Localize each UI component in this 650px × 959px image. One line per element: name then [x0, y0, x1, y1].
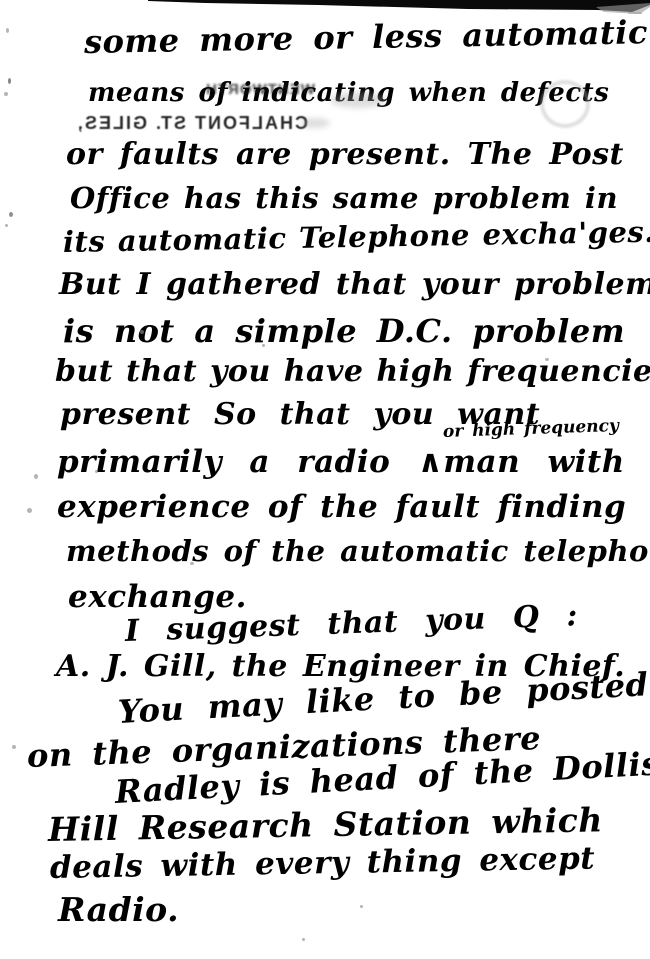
stamp-smear	[300, 118, 330, 128]
ink-speck	[190, 562, 194, 565]
handwritten-line: or faults are present. The Post	[66, 140, 624, 170]
handwritten-line: some more or less automatic	[84, 16, 648, 58]
ink-speck	[34, 474, 38, 479]
handwritten-line: primarily a radio ∧man with	[57, 447, 625, 478]
handwritten-line: Hill Research Station which	[48, 803, 603, 846]
inserted-text: or high frequency	[443, 418, 619, 441]
ink-speck	[27, 508, 32, 513]
ink-speck	[302, 938, 305, 941]
handwritten-line: its automatic Telephone excha'ges.	[63, 218, 650, 257]
ink-speck	[4, 92, 8, 96]
ink-speck	[262, 344, 265, 347]
stamp-smear	[330, 92, 386, 108]
ink-speck	[9, 212, 13, 217]
handwritten-line: but that you have high frequencies	[55, 357, 650, 387]
handwritten-line: is not a simple D.C. problem	[63, 315, 625, 347]
ink-speck	[8, 78, 11, 84]
stamp-address-line-mirrored: CHALFONT ST. GILES,	[76, 114, 308, 132]
ink-speck	[545, 358, 549, 361]
ink-speck	[6, 28, 9, 33]
ink-speck	[140, 330, 144, 334]
handwritten-line: Office has this same problem in	[70, 184, 618, 213]
handwritten-line: exchange.	[68, 582, 247, 613]
paper-stain-ring	[540, 80, 590, 128]
handwritten-line: But I gathered that your problems	[59, 270, 650, 300]
stamp-letterhead-smudge-mirrored: WENTWORTH	[205, 82, 315, 97]
ink-speck	[360, 905, 363, 908]
ink-speck	[12, 745, 16, 749]
ink-speck	[95, 470, 98, 473]
handwritten-line: Radio.	[58, 893, 179, 926]
handwritten-line: methods of the automatic telephone	[66, 537, 650, 566]
ink-speck	[5, 224, 8, 227]
scanned-letter-page: some more or less automatic means of ind…	[0, 0, 650, 959]
handwritten-line: experience of the fault finding	[57, 492, 626, 523]
handwritten-line: deals with every thing except	[50, 843, 596, 884]
